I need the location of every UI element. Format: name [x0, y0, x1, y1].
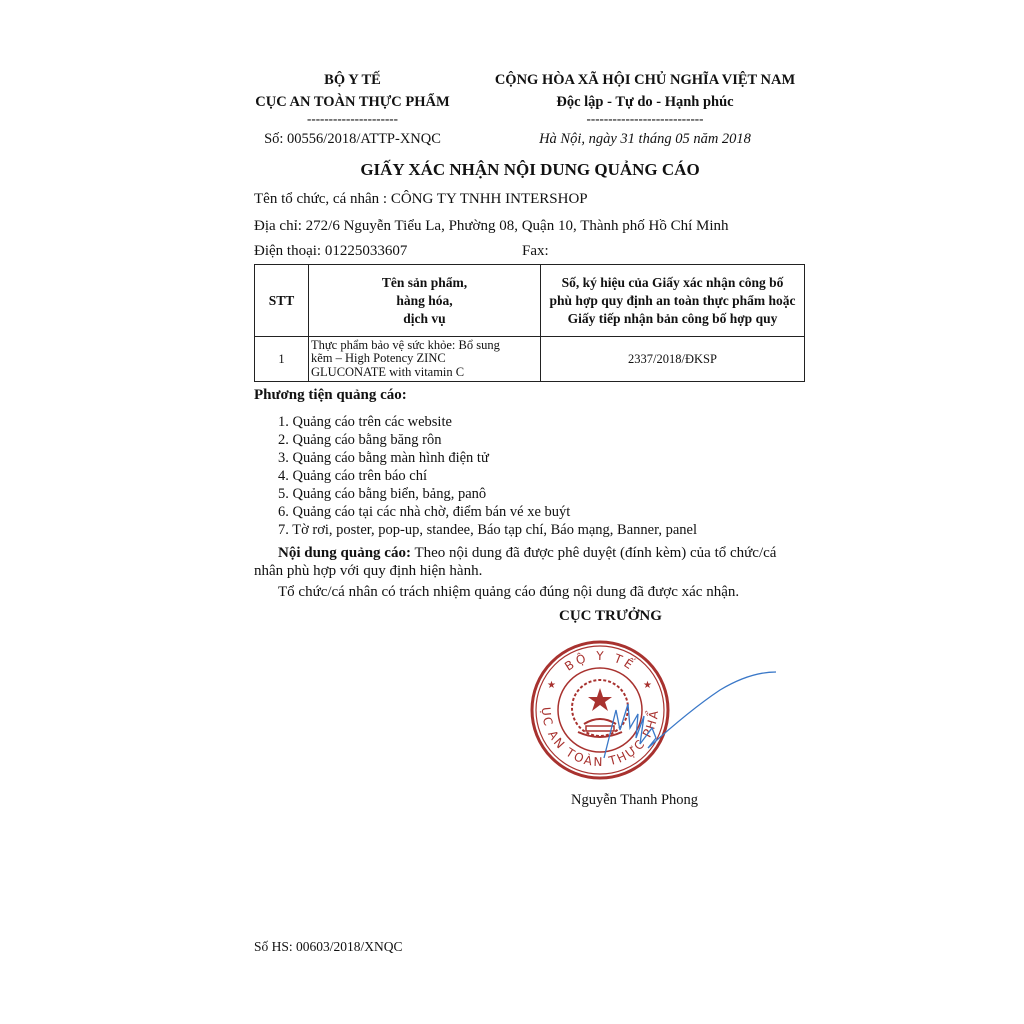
applicant-organization: Tên tổ chức, cá nhân : CÔNG TY TNHH INTE…	[254, 191, 588, 208]
header-certificate: Số, ký hiệu của Giấy xác nhận công bố ph…	[541, 265, 805, 337]
header-product-line: Tên sản phẩm,	[311, 274, 538, 292]
republic-name: CỘNG HÒA XÃ HỘI CHỦ NGHĨA VIỆT NAM	[480, 72, 810, 89]
cell-product-line: Thực phẩm bảo vệ sức khỏe: Bổ sung	[311, 339, 538, 353]
media-item: 4. Quảng cáo trên báo chí	[278, 468, 427, 485]
document-number: Số: 00556/2018/ATTP-XNQC	[250, 131, 455, 148]
media-item: 6. Quảng cáo tại các nhà chờ, điểm bán v…	[278, 504, 570, 521]
table-header-row: STT Tên sản phẩm, hàng hóa, dịch vụ Số, …	[255, 265, 805, 337]
signatory-name: Nguyễn Thanh Phong	[571, 792, 698, 809]
media-item: 2. Quảng cáo bằng băng rôn	[278, 432, 441, 449]
applicant-address: Địa chỉ: 272/6 Nguyễn Tiểu La, Phường 08…	[254, 218, 729, 235]
applicant-phone: Điện thoại: 01225033607	[254, 243, 407, 260]
place-date: Hà Nội, ngày 31 tháng 05 năm 2018	[480, 131, 810, 148]
svg-text:★: ★	[643, 680, 652, 691]
cell-product-line: GLUCONATE with vitamin C	[311, 366, 538, 380]
header-product: Tên sản phẩm, hàng hóa, dịch vụ	[309, 265, 541, 337]
header-certificate-line: phù hợp quy định an toàn thực phẩm hoặc	[543, 292, 802, 310]
header-product-line: hàng hóa,	[311, 292, 538, 310]
media-item: 5. Quảng cáo bằng biển, bảng, panô	[278, 486, 486, 503]
media-item: 7. Tờ rơi, poster, pop-up, standee, Báo …	[278, 522, 697, 539]
content-text: Theo nội dung đã được phê duyệt (đính kè…	[411, 545, 776, 561]
header-certificate-line: Số, ký hiệu của Giấy xác nhận công bố	[543, 274, 802, 292]
cell-product: Thực phẩm bảo vệ sức khỏe: Bổ sung kẽm –…	[309, 337, 541, 382]
signatory-title: CỤC TRƯỞNG	[559, 608, 662, 625]
right-separator: ---------------------------	[480, 111, 810, 127]
media-item: 3. Quảng cáo bằng màn hình điện tử	[278, 450, 489, 467]
official-stamp: ★ ★ BỘ Y TẾ CỤC AN TOÀN THỰC PHẨM	[520, 630, 800, 790]
agency-name: CỤC AN TOÀN THỰC PHẨM	[250, 94, 455, 111]
header-product-line: dịch vụ	[311, 310, 538, 328]
content-text-continued: nhân phù hợp với quy định hiện hành.	[254, 563, 482, 580]
svg-text:★: ★	[547, 680, 556, 691]
header-stt: STT	[255, 265, 309, 337]
header-certificate-line: Giấy tiếp nhận bản công bố hợp quy	[543, 310, 802, 328]
responsibility-statement: Tổ chức/cá nhân có trách nhiệm quảng cáo…	[278, 584, 739, 601]
table-row: 1 Thực phẩm bảo vệ sức khỏe: Bổ sung kẽm…	[255, 337, 805, 382]
applicant-fax: Fax:	[522, 243, 549, 260]
left-separator: ---------------------	[250, 111, 455, 127]
product-table: STT Tên sản phẩm, hàng hóa, dịch vụ Số, …	[254, 264, 805, 382]
national-motto: Độc lập - Tự do - Hạnh phúc	[480, 94, 810, 111]
header-stt-text: STT	[269, 293, 295, 308]
cell-product-line: kẽm – High Potency ZINC	[311, 352, 538, 366]
cell-certificate: 2337/2018/ĐKSP	[541, 337, 805, 382]
file-number: Số HS: 00603/2018/XNQC	[254, 939, 403, 955]
content-label: Nội dung quảng cáo:	[278, 545, 411, 561]
media-item: 1. Quảng cáo trên các website	[278, 414, 452, 431]
ministry-name: BỘ Y TẾ	[250, 72, 455, 89]
stamp-seal-icon: ★ ★ BỘ Y TẾ CỤC AN TOÀN THỰC PHẨM	[520, 630, 668, 778]
cell-stt: 1	[255, 337, 309, 382]
media-heading: Phương tiện quảng cáo:	[254, 387, 407, 404]
document-title: GIẤY XÁC NHẬN NỘI DUNG QUẢNG CÁO	[250, 160, 810, 180]
content-paragraph: Nội dung quảng cáo: Theo nội dung đã đượ…	[278, 545, 776, 562]
